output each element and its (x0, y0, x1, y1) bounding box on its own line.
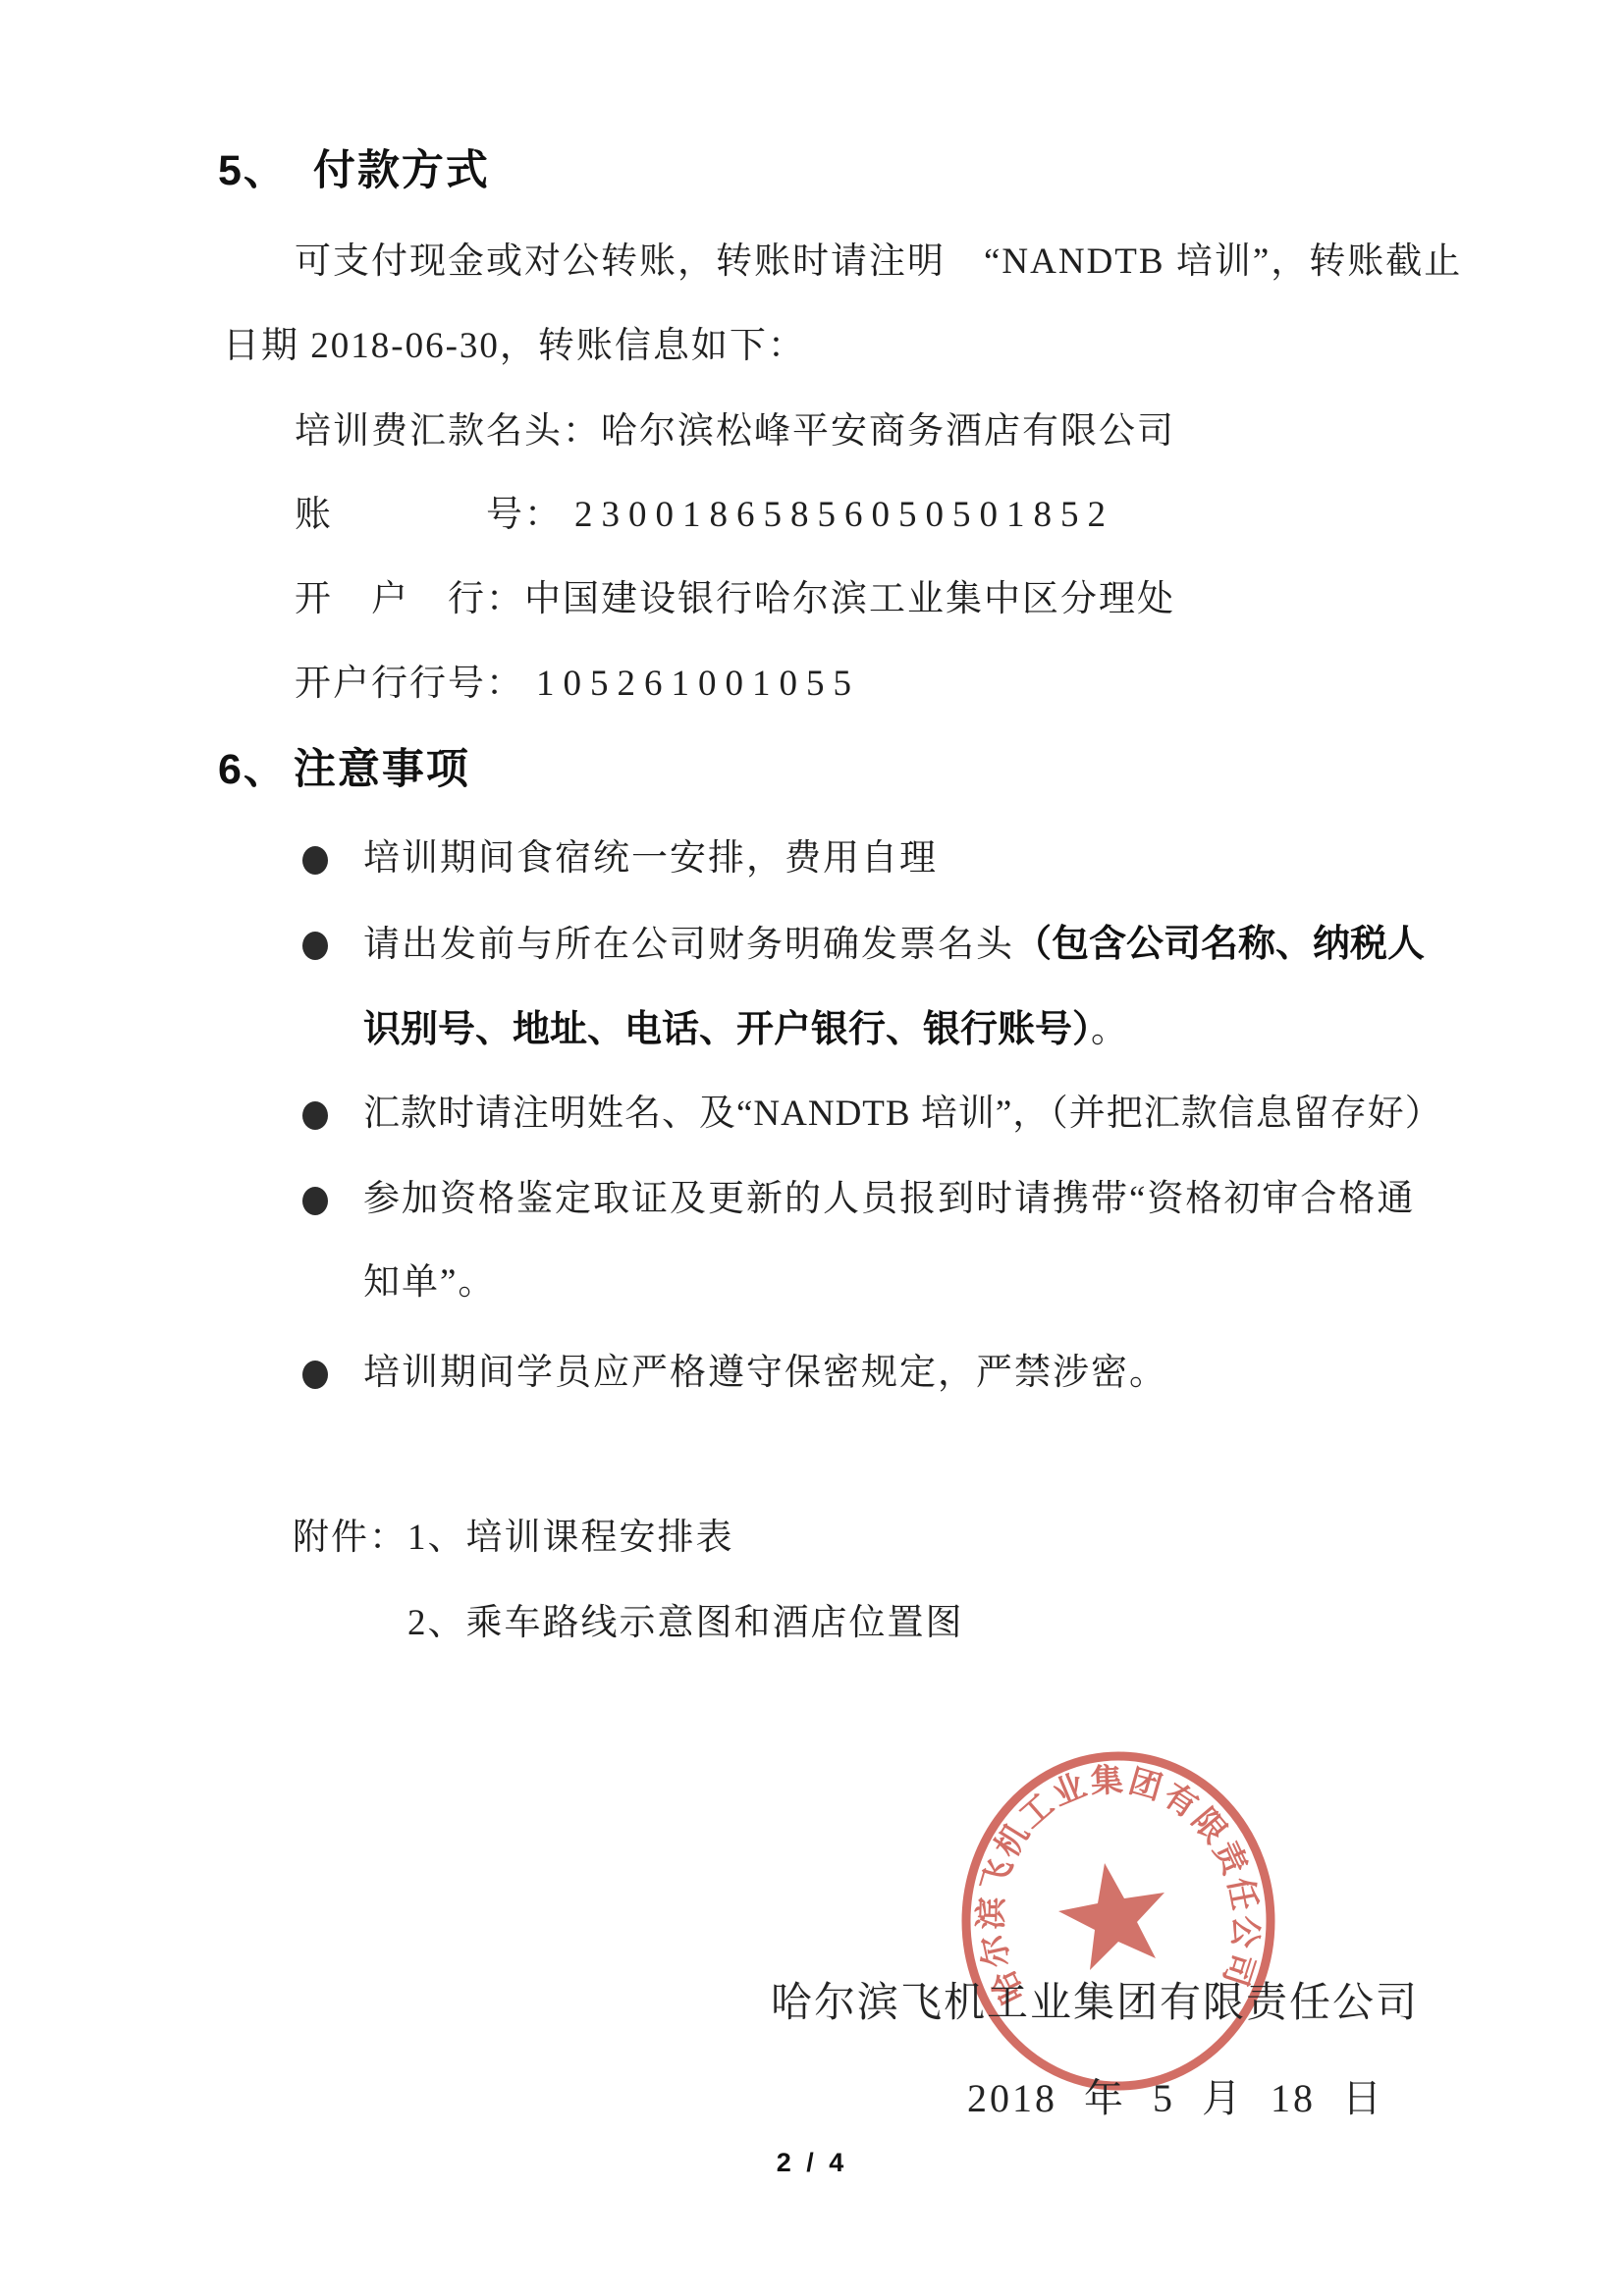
attachment-line-1: 附件：1、培训课程安排表 (293, 1520, 734, 1556)
bank-value: 中国建设银行哈尔滨工业集中区分理处 (524, 579, 1175, 619)
payment-para-line1: 可支付现金或对公转账，转账时请注明 “NANDTB 培训”，转账截止 (295, 243, 1462, 280)
bullet-item-3: 汇款时请注明姓名、及“NANDTB 培训”，（并把汇款信息留存好） (363, 1095, 1442, 1132)
star-icon (1058, 1863, 1164, 1970)
bank-row-branch-code: 开户行行号：105261001055 (295, 666, 860, 702)
page-number: 2 / 4 (0, 2148, 1624, 2178)
bullet-text: 。 (1091, 1010, 1129, 1050)
bank-label: 开 户 行： (295, 579, 524, 619)
bank-row-payee: 培训费汇款名头：哈尔滨松峰平安商务酒店有限公司 (295, 413, 1175, 450)
bullet-item-1: 培训期间食宿统一安排，费用自理 (363, 840, 938, 877)
bank-value: 105261001055 (536, 664, 860, 704)
section6-number: 6、 (218, 746, 288, 793)
bank-value: 哈尔滨松峰平安商务酒店有限公司 (601, 411, 1175, 452)
section6-heading: 6、注意事项 (218, 749, 470, 791)
bullet-text: 请出发前与所在公司财务明确发票名头 (363, 925, 1014, 965)
bank-label: 培训费汇款名头： (295, 411, 601, 452)
bank-row-branch: 开 户 行：中国建设银行哈尔滨工业集中区分理处 (295, 581, 1175, 617)
bullet-item-2-line2: 识别号、地址、电话、开户银行、银行账号）。 (363, 1011, 1129, 1048)
bullet-text-bold: 识别号、地址、电话、开户银行、银行账号） (363, 1009, 1091, 1050)
signature-date: 2018 年 5 月 18 日 (967, 2079, 1384, 2118)
bullet-text-bold: （包含公司名称、纳税人 (1014, 924, 1425, 965)
bank-row-account: 账 号：23001865856050501852 (295, 497, 1114, 533)
document-page: 5、付款方式 可支付现金或对公转账，转账时请注明 “NANDTB 培训”，转账截… (0, 0, 1624, 2296)
attachment-line-2: 2、乘车路线示意图和酒店位置图 (407, 1605, 964, 1641)
bullet-dot (302, 1361, 328, 1389)
section5-heading: 5、付款方式 (218, 150, 490, 192)
signature-company: 哈尔滨飞机工业集团有限责任公司 (771, 1983, 1419, 2024)
bullet-item-5: 培训期间学员应严格遵守保密规定，严禁涉密。 (363, 1355, 1167, 1391)
bullet-dot (302, 1101, 328, 1130)
bullet-dot (302, 846, 328, 875)
bullet-item-4-line2: 知单”。 (363, 1264, 496, 1301)
bullet-item-2-line1: 请出发前与所在公司财务明确发票名头（包含公司名称、纳税人 (363, 926, 1425, 963)
bullet-dot (302, 1187, 328, 1215)
section5-number: 5、 (218, 147, 288, 194)
bank-label: 账 号： (295, 495, 563, 535)
bullet-dot (302, 932, 328, 960)
section6-title: 注意事项 (294, 746, 470, 793)
company-seal: 哈尔滨飞机工业集团有限责任公司 (923, 1728, 1316, 2120)
payment-para-line2: 日期 2018-06-30，转账信息如下： (223, 328, 806, 364)
bullet-item-4-line1: 参加资格鉴定取证及更新的人员报到时请携带“资格初审合格通 (363, 1181, 1415, 1217)
bank-label: 开户行行号： (295, 664, 524, 704)
bank-value: 23001865856050501852 (574, 495, 1114, 535)
section5-title: 付款方式 (313, 147, 490, 194)
